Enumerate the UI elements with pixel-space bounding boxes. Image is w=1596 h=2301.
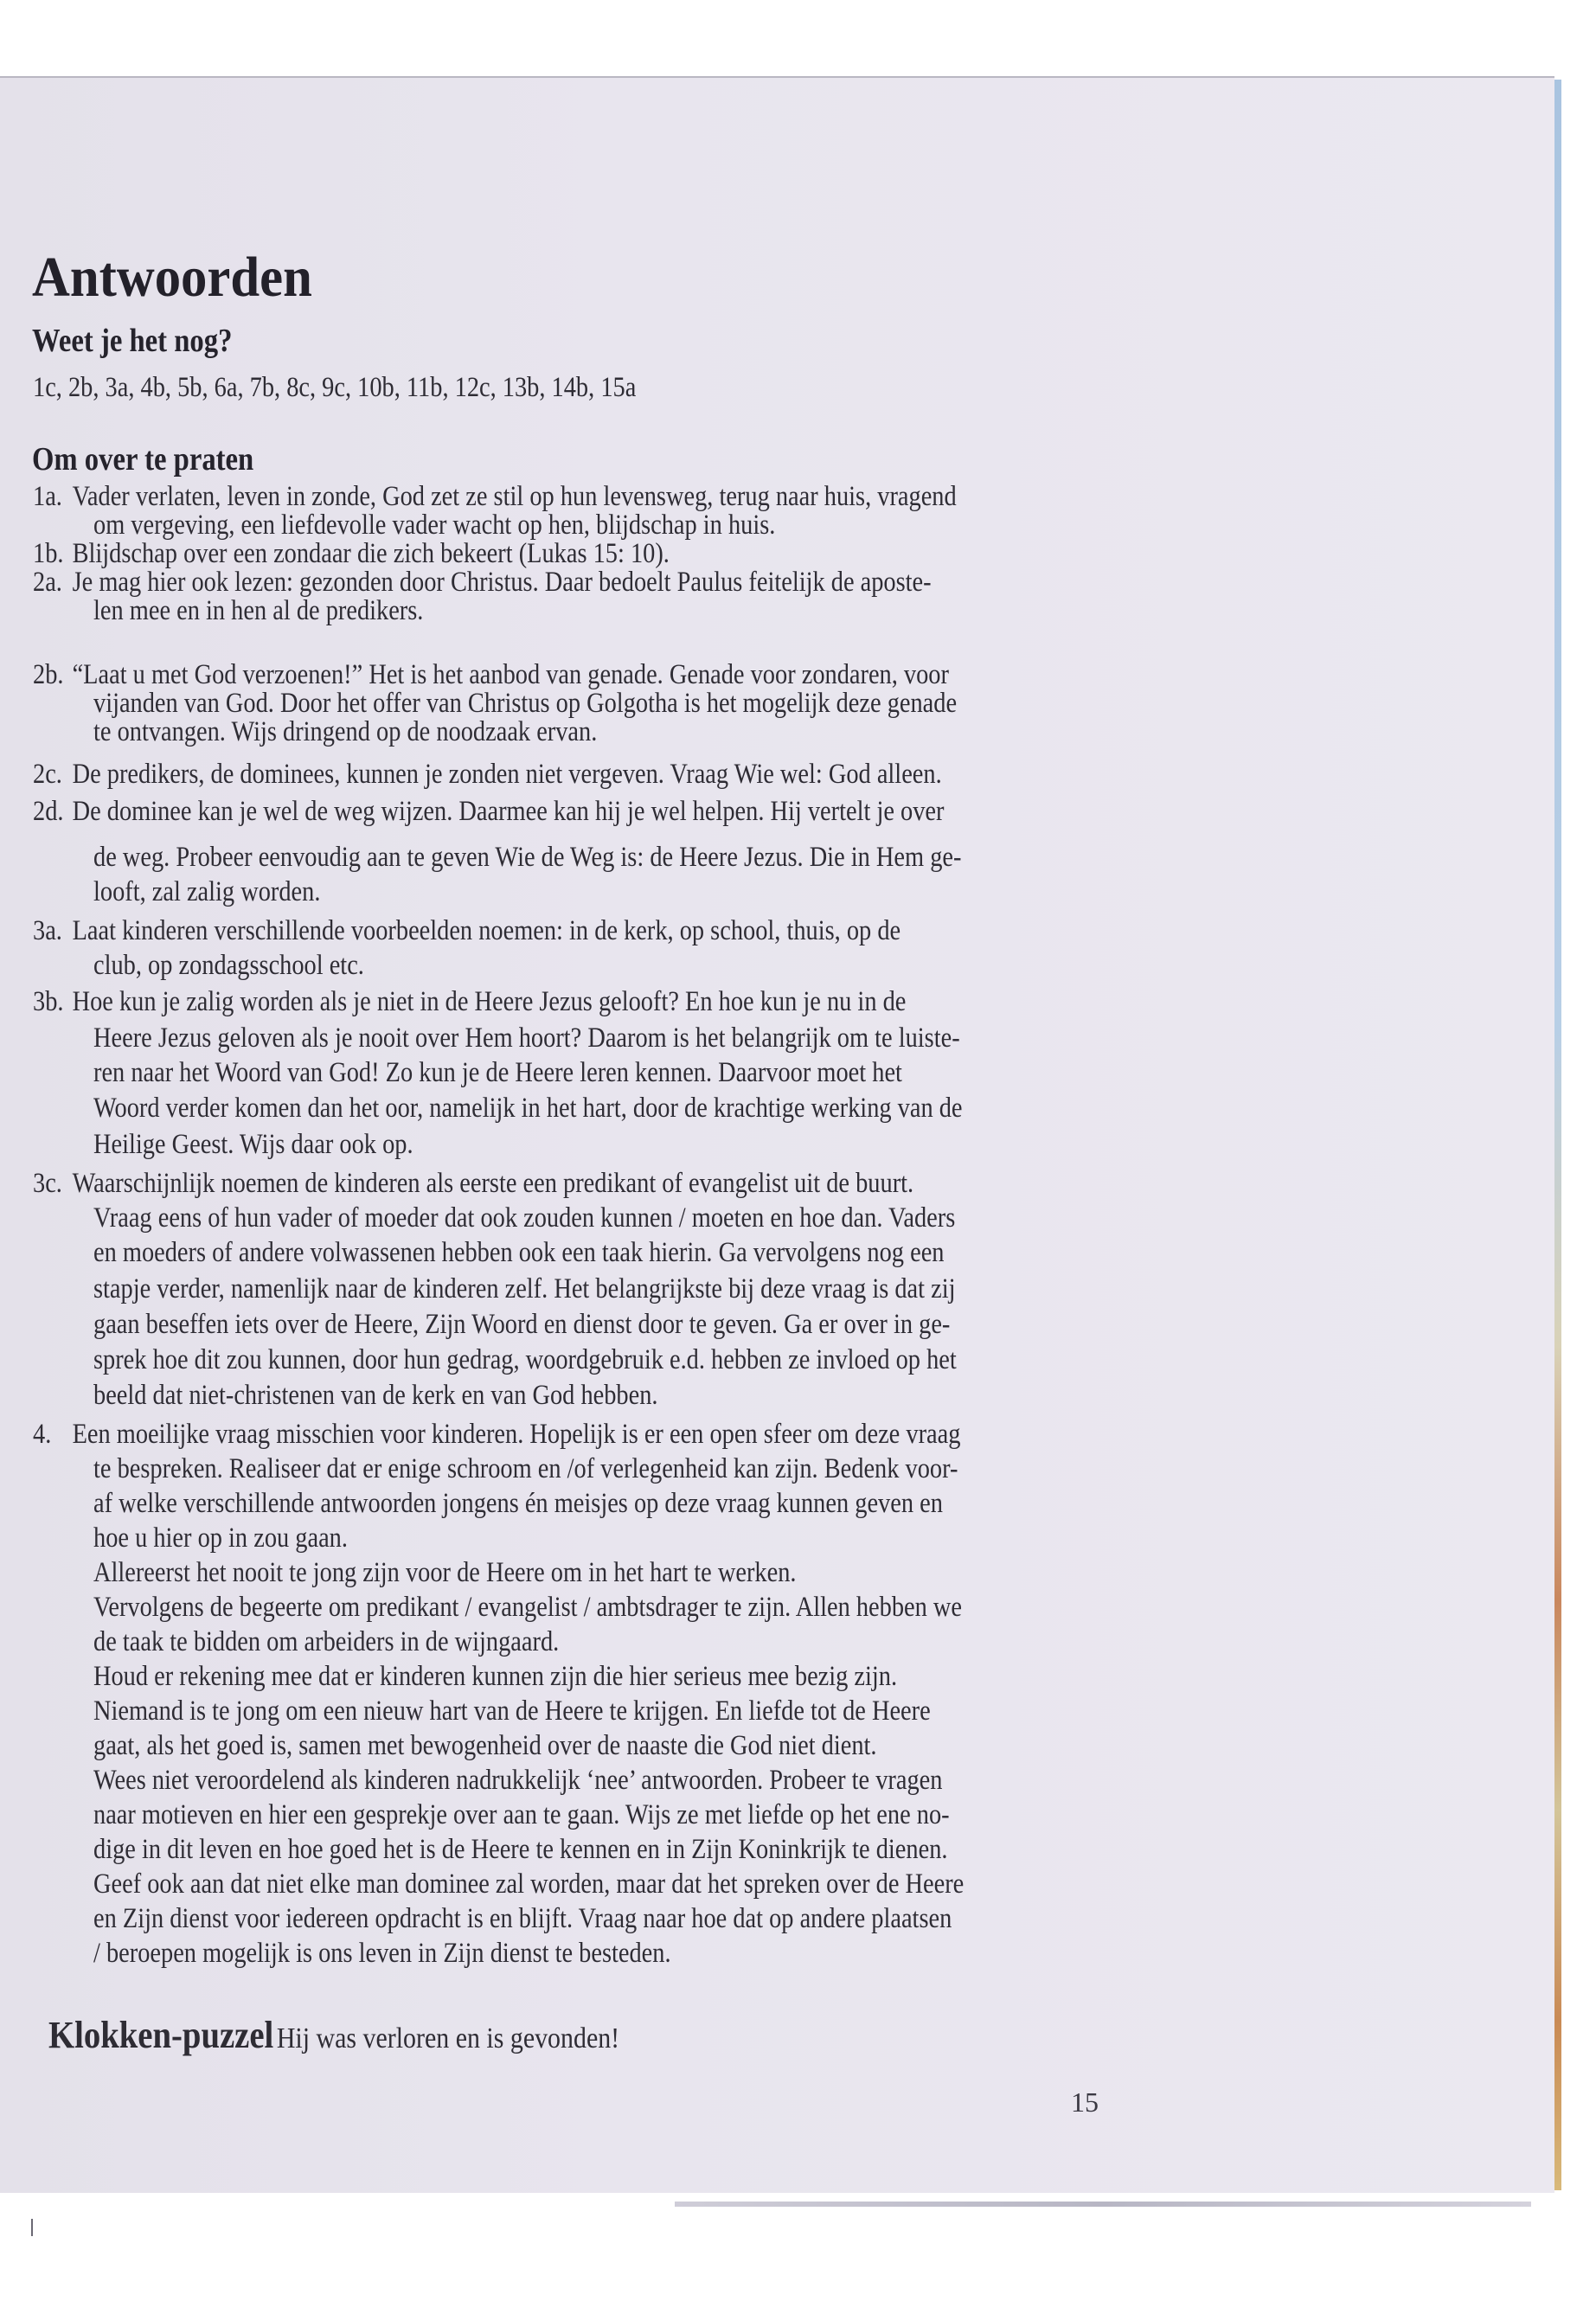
item-number: 2a. bbox=[33, 568, 73, 597]
item-number: 2b. bbox=[33, 661, 73, 689]
item-line: de taak te bidden om arbeiders in de wij… bbox=[93, 1628, 559, 1657]
item-line: af welke verschillende antwoorden jongen… bbox=[93, 1490, 943, 1518]
item-line: Allereerst het nooit te jong zijn voor d… bbox=[93, 1559, 796, 1587]
quiz-answers: 1c, 2b, 3a, 4b, 5b, 6a, 7b, 8c, 9c, 10b,… bbox=[33, 374, 636, 402]
puzzle-solution: Hij was verloren en is gevonden! bbox=[277, 2022, 619, 2054]
list-item-2a: 2a.Je mag hier ook lezen: gezonden door … bbox=[33, 568, 932, 597]
item-line: te bespreken. Realiseer dat er enige sch… bbox=[93, 1455, 958, 1484]
page-title: Antwoorden bbox=[32, 249, 312, 306]
item-line: sprek hoe dit zou kunnen, door hun gedra… bbox=[93, 1346, 957, 1375]
item-number: 3c. bbox=[33, 1170, 73, 1198]
item-line: gaan beseffen iets over de Heere, Zijn W… bbox=[93, 1311, 950, 1339]
discussion-heading: Om over te praten bbox=[32, 443, 253, 476]
item-line: en moeders of andere volwassenen hebben … bbox=[93, 1239, 944, 1267]
scan-artifact bbox=[31, 2219, 33, 2236]
item-line: beeld dat niet-christenen van de kerk en… bbox=[93, 1381, 657, 1410]
item-line: dige in dit leven en hoe goed het is de … bbox=[93, 1836, 947, 1864]
list-item-3a: 3a.Laat kinderen verschillende voorbeeld… bbox=[33, 917, 901, 945]
list-item-1b: 1b.Blijdschap over een zondaar die zich … bbox=[33, 540, 670, 568]
item-line: looft, zal zalig worden. bbox=[93, 878, 320, 907]
page-number: 15 bbox=[1071, 2086, 1099, 2118]
item-line: Wees niet veroordelend als kinderen nadr… bbox=[93, 1766, 942, 1795]
list-item-3b: 3b.Hoe kun je zalig worden als je niet i… bbox=[33, 988, 906, 1016]
list-item-1a: 1a.Vader verlaten, leven in zonde, God z… bbox=[33, 483, 957, 511]
item-number: 3a. bbox=[33, 917, 73, 945]
item-line: en Zijn dienst voor iedereen opdracht is… bbox=[93, 1905, 952, 1933]
item-line: / beroepen mogelijk is ons leven in Zijn… bbox=[93, 1939, 671, 1968]
item-line: hoe u hier op in zou gaan. bbox=[93, 1524, 348, 1553]
page-stack-edge bbox=[1554, 80, 1561, 2190]
puzzle-heading: Klokken-puzzel bbox=[48, 2014, 273, 2056]
puzzle-answer: Klokken-puzzel Hij was verloren en is ge… bbox=[48, 2013, 619, 2057]
item-line: ren naar het Woord van God! Zo kun je de… bbox=[93, 1059, 902, 1087]
list-item-3c: 3c.Waarschijnlijk noemen de kinderen als… bbox=[33, 1170, 913, 1198]
item-number: 4. bbox=[33, 1420, 73, 1449]
item-line: Heilige Geest. Wijs daar ook op. bbox=[93, 1131, 413, 1159]
item-line: gaat, als het goed is, samen met bewogen… bbox=[93, 1732, 877, 1760]
item-line: de weg. Probeer eenvoudig aan te geven W… bbox=[93, 843, 961, 872]
item-line: len mee en in hen al de predikers. bbox=[93, 597, 423, 625]
item-line: Vervolgens de begeerte om predikant / ev… bbox=[93, 1593, 962, 1622]
item-number: 1a. bbox=[33, 483, 73, 511]
item-line: vijanden van God. Door het offer van Chr… bbox=[93, 689, 957, 718]
page-bottom-edge bbox=[675, 2202, 1531, 2207]
item-number: 1b. bbox=[33, 540, 73, 568]
quiz-heading: Weet je het nog? bbox=[32, 324, 232, 357]
list-item-2d: 2d.De dominee kan je wel de weg wijzen. … bbox=[33, 798, 944, 826]
item-line: stapje verder, namenlijk naar de kindere… bbox=[93, 1275, 955, 1304]
item-line: Woord verder komen dan het oor, namelijk… bbox=[93, 1094, 963, 1123]
item-number: 3b. bbox=[33, 988, 73, 1016]
item-line: Niemand is te jong om een nieuw hart van… bbox=[93, 1697, 931, 1726]
list-item-2b: 2b.“Laat u met God verzoenen!” Het is he… bbox=[33, 661, 949, 689]
item-line: Houd er rekening mee dat er kinderen kun… bbox=[93, 1663, 897, 1691]
item-line: Geef ook aan dat niet elke man dominee z… bbox=[93, 1870, 964, 1899]
item-line: naar motieven en hier een gesprekje over… bbox=[93, 1801, 950, 1830]
list-item-4: 4.Een moeilijke vraag misschien voor kin… bbox=[33, 1420, 960, 1449]
item-line: club, op zondagsschool etc. bbox=[93, 952, 364, 980]
list-item-2c: 2c.De predikers, de dominees, kunnen je … bbox=[33, 760, 942, 789]
item-number: 2d. bbox=[33, 798, 73, 826]
item-line: Heere Jezus geloven als je nooit over He… bbox=[93, 1024, 960, 1053]
item-number: 2c. bbox=[33, 760, 73, 789]
item-line: te ontvangen. Wijs dringend op de noodza… bbox=[93, 718, 597, 747]
item-line: om vergeving, een liefdevolle vader wach… bbox=[93, 511, 775, 540]
item-line: Vraag eens of hun vader of moeder dat oo… bbox=[93, 1204, 955, 1233]
